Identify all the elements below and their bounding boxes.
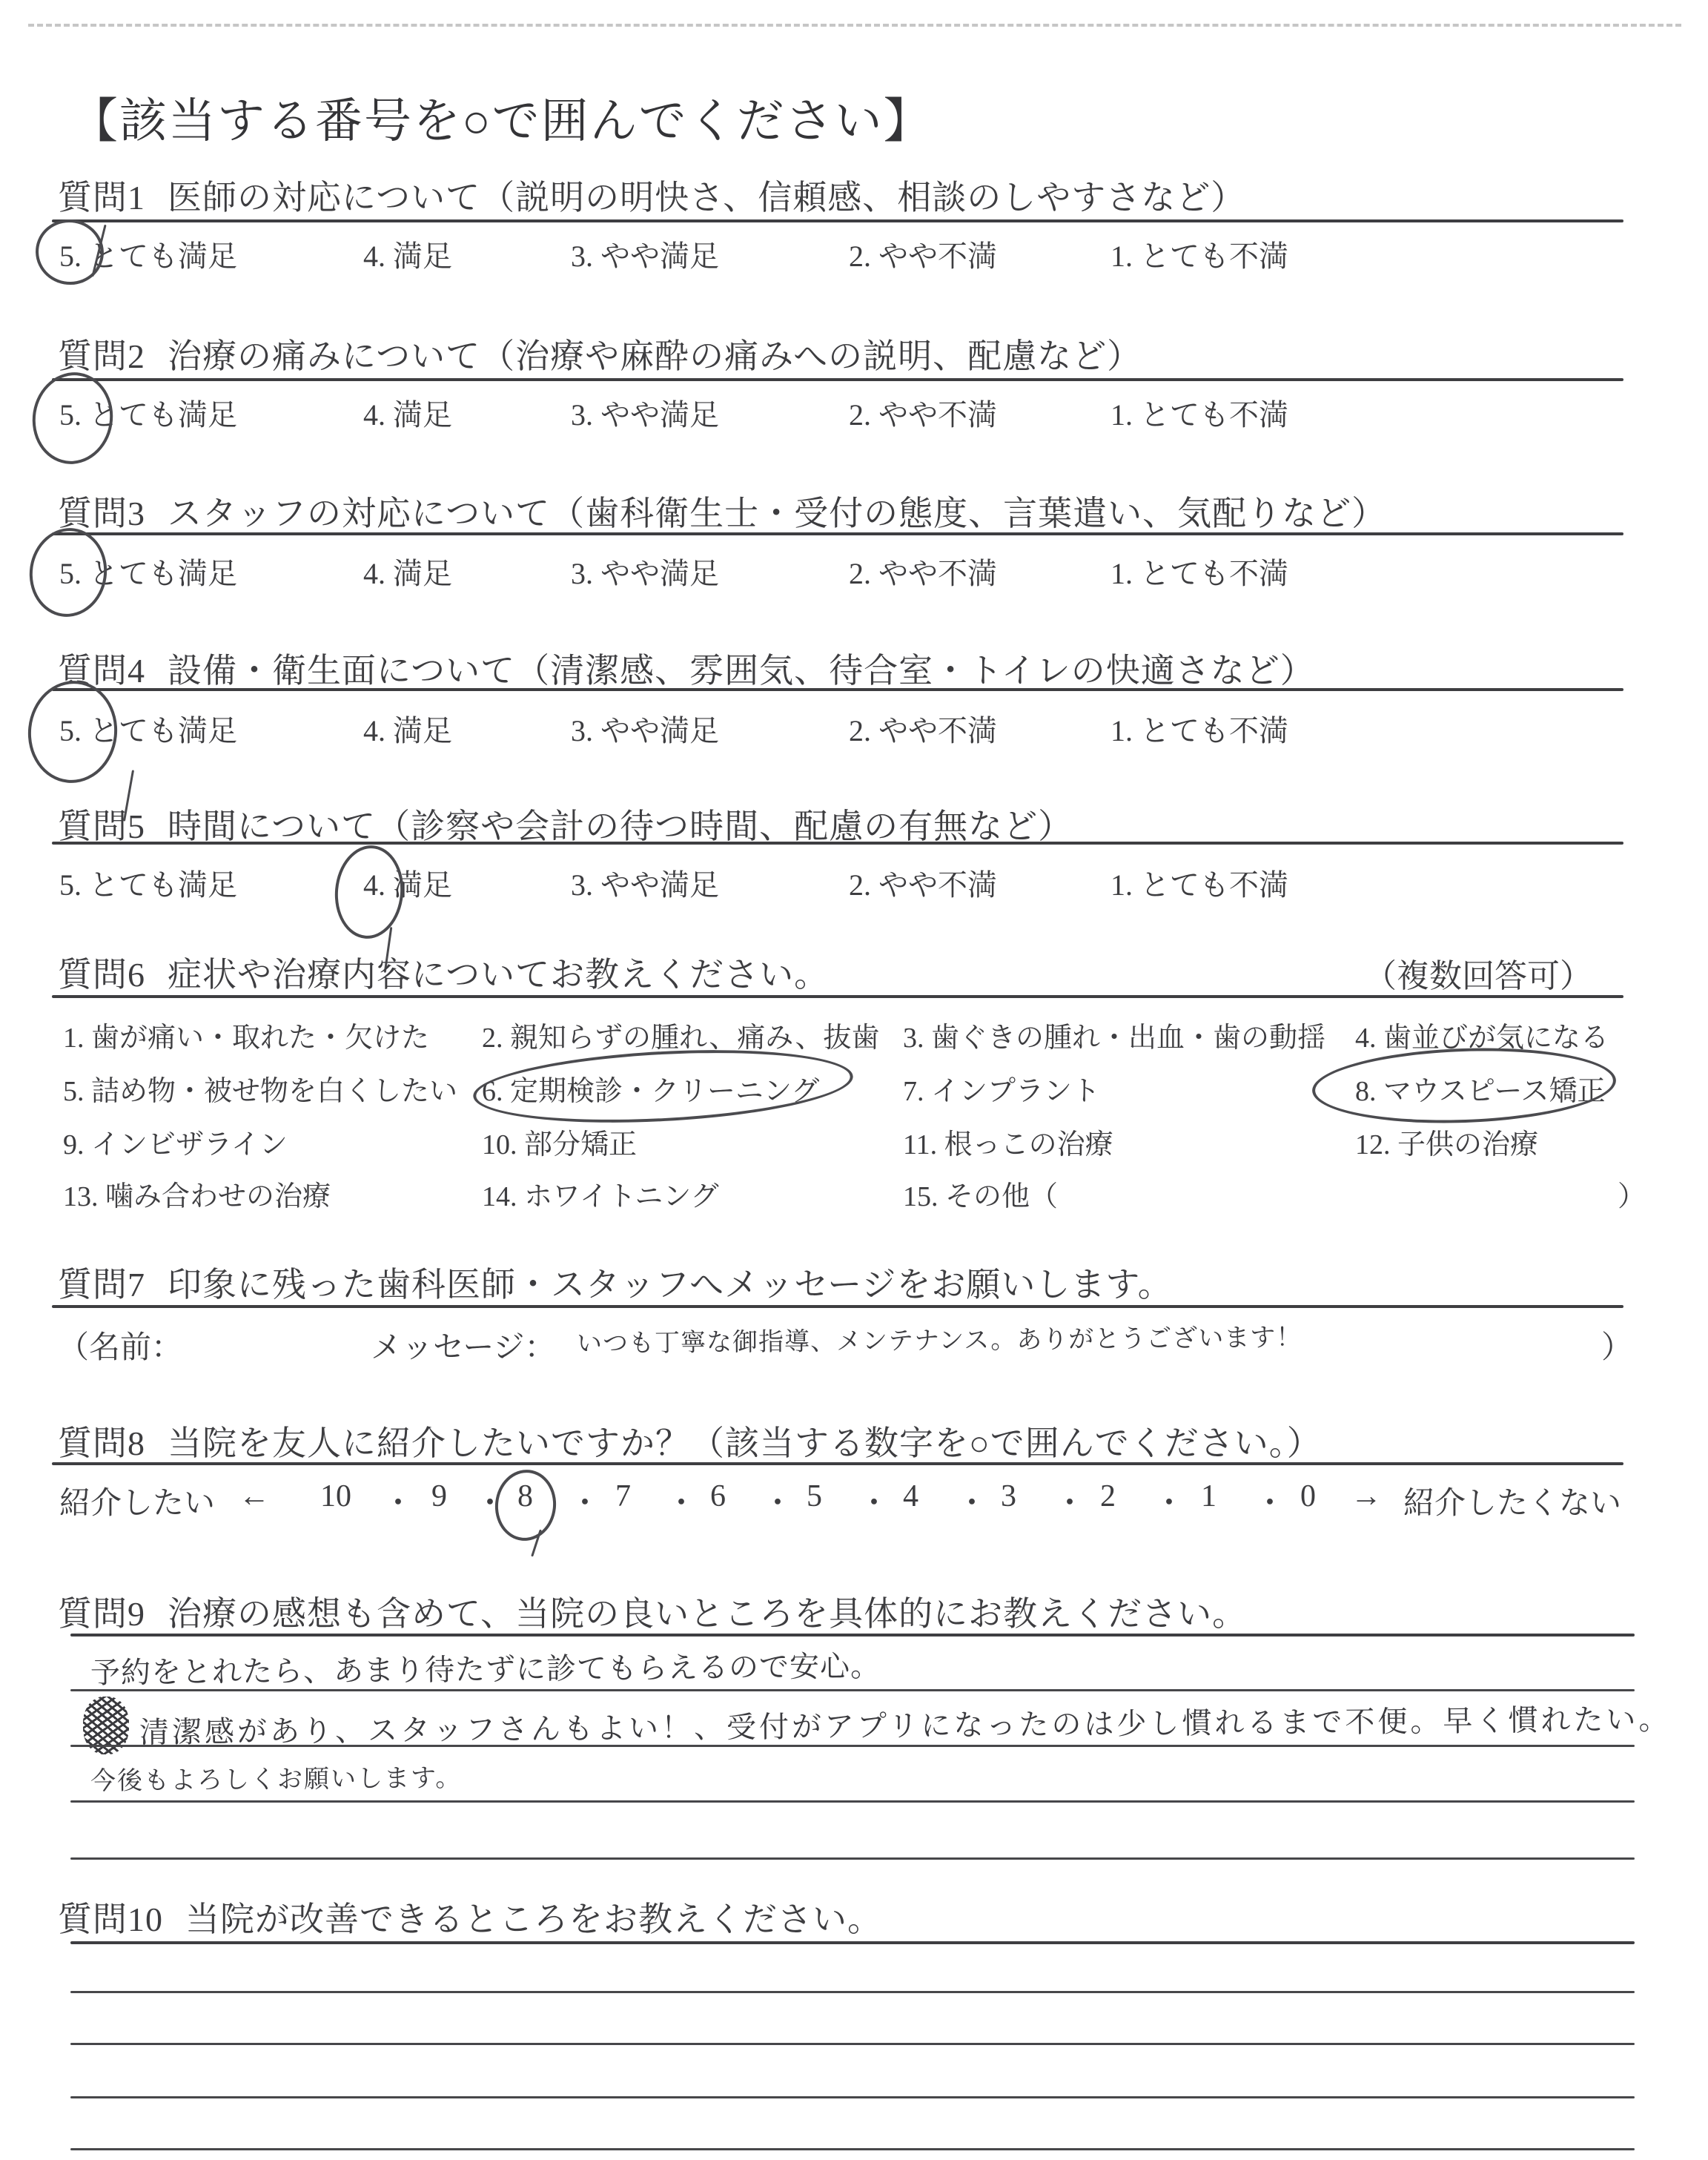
question-6-rule (52, 995, 1623, 998)
q8-left-arrow: ← (239, 1479, 270, 1514)
q6-item-9: 9. インビザライン (63, 1121, 288, 1162)
question-7-heading: 質問7 印象に残った歯科医師・スタッフへメッセージをお願いします。 (58, 1258, 1173, 1307)
q3-handdrawn-circle-on-5 (24, 523, 113, 621)
q8-number-1: 1 (1201, 1479, 1217, 1514)
q3-option-3: 3. やや満足 (571, 550, 719, 592)
q4-option-3: 3. やや満足 (571, 707, 719, 750)
q8-dot-icon: ・ (569, 1479, 600, 1523)
q8-dot-icon: ・ (858, 1479, 890, 1523)
question-4-rule (52, 688, 1623, 691)
q6-item-15-close-paren: ） (1618, 1173, 1646, 1214)
q8-dot-icon: ・ (666, 1479, 697, 1523)
q2-option-4: 4. 満足 (363, 392, 452, 434)
question-9-label: 質問9 (58, 1587, 145, 1636)
q8-dot-icon: ・ (1054, 1479, 1085, 1523)
question-3-topic: スタッフの対応について（歯科衛生士・受付の態度、言葉遣い、気配りなど） (168, 486, 1386, 535)
question-1-heading: 質問1 医師の対応について（説明の明快さ、信頼感、相談のしやすさなど） (58, 171, 1245, 219)
q6-item-5: 5. 詰め物・被せ物を白くしたい (63, 1068, 457, 1109)
q8-dot-icon: ・ (383, 1479, 414, 1523)
q8-number-6: 6 (710, 1479, 726, 1514)
q2-option-1: 1. とても不満 (1110, 392, 1288, 434)
q7-close-paren: ） (1601, 1323, 1632, 1367)
q10-answer-line-4 (70, 2148, 1635, 2150)
question-2-rule (52, 378, 1623, 381)
q4-option-4: 4. 満足 (363, 707, 452, 750)
question-1-topic: 医師の対応について（説明の明快さ、信頼感、相談のしやすさなど） (168, 171, 1245, 219)
q7-message-label: メッセージ： (371, 1323, 555, 1367)
q6-handdrawn-circle-item-8 (1311, 1043, 1617, 1128)
question-10-heading: 質問10 当院が改善できるところをお教えください。 (58, 1892, 882, 1941)
q10-answer-line-1 (70, 1991, 1635, 1993)
q1-option-2: 2. やや不満 (849, 233, 997, 275)
q1-option-3: 3. やや満足 (571, 233, 719, 275)
q8-right-label: 紹介したくない (1403, 1479, 1621, 1523)
question-8-label: 質問8 (58, 1416, 145, 1465)
q8-number-2: 2 (1100, 1479, 1116, 1514)
question-9-heading: 質問9 治療の感想も含めて、当院の良いところを具体的にお教えください。 (58, 1587, 1247, 1636)
q9-handwritten-line-1: 予約をとれたら、あまり待たずに診てもらえるので安心。 (90, 1642, 881, 1691)
q3-option-4: 4. 満足 (363, 550, 452, 592)
q2-option-3: 3. やや満足 (571, 392, 719, 434)
q9-answer-line-2 (70, 1745, 1635, 1747)
q6-item-3: 3. 歯ぐきの腫れ・出血・歯の動揺 (903, 1014, 1325, 1055)
q8-dot-icon: ・ (1254, 1479, 1285, 1523)
page-title: 【該当する番号を○で囲んでください】 (70, 83, 933, 151)
q6-item-13: 13. 噛み合わせの治療 (63, 1173, 331, 1214)
q2-handdrawn-circle-on-5 (26, 366, 119, 469)
q9-handwritten-line-2: 清潔感があり、スタッフさんもよい！、受付がアプリになったのは少し慣れるまで不便。… (139, 1696, 1672, 1751)
q5-option-5: 5. とても満足 (59, 862, 237, 904)
question-4-heading: 質問4 設備・衛生面について（清潔感、雰囲気、待合室・トイレの快適さなど） (58, 644, 1315, 693)
question-10-label: 質問10 (58, 1892, 163, 1941)
q6-item-7: 7. インプラント (903, 1068, 1100, 1109)
q4-handdrawn-circle-on-5 (23, 676, 122, 787)
q3-option-2: 2. やや不満 (849, 550, 997, 592)
question-7-label: 質問7 (58, 1258, 145, 1307)
q9-answer-line-4 (70, 1857, 1635, 1860)
question-3-rule (52, 532, 1623, 535)
question-6-heading: 質問6 症状や治療内容についてお教えください。 (58, 948, 829, 997)
question-7-topic: 印象に残った歯科医師・スタッフへメッセージをお願いします。 (168, 1258, 1173, 1307)
question-8-rule (52, 1462, 1623, 1465)
q9-handwritten-line-3: 今後もよろしくお願いします。 (90, 1757, 463, 1797)
q7-name-label: （名前： (58, 1323, 182, 1367)
q10-answer-line-2 (70, 2043, 1635, 2045)
survey-scan-page: 【該当する番号を○で囲んでください】 質問1 医師の対応について（説明の明快さ、… (0, 0, 1708, 2160)
question-10-rule (70, 1941, 1635, 1944)
question-1-label: 質問1 (58, 171, 145, 219)
question-3-heading: 質問3 スタッフの対応について（歯科衛生士・受付の態度、言葉遣い、気配りなど） (58, 486, 1386, 535)
q6-item-14: 14. ホワイトニング (482, 1173, 719, 1214)
question-2-label: 質問2 (58, 329, 145, 378)
q8-number-9: 9 (431, 1479, 447, 1514)
q6-item-15: 15. その他（ (903, 1173, 1058, 1214)
question-8-heading: 質問8 当院を友人に紹介したいですか？（該当する数字を○で囲んでください。） (58, 1416, 1322, 1465)
q5-handdrawn-circle-on-4 (331, 842, 408, 942)
q5-option-1: 1. とても不満 (1110, 862, 1288, 904)
q5-option-2: 2. やや不満 (849, 862, 997, 904)
q8-left-label: 紹介したい (59, 1479, 215, 1523)
q10-answer-line-3 (70, 2096, 1635, 2098)
q8-number-5: 5 (807, 1479, 822, 1514)
scan-artifact-dashes (28, 24, 1681, 27)
q9-answer-line-3 (70, 1800, 1635, 1803)
question-9-rule (70, 1634, 1635, 1636)
q8-number-0: 0 (1300, 1479, 1316, 1514)
question-6-multi-answer-note: （複数回答可） (1364, 949, 1592, 997)
question-7-rule (52, 1305, 1623, 1308)
q5-option-3: 3. やや満足 (571, 862, 719, 904)
q6-item-2: 2. 親知らずの腫れ、痛み、抜歯 (482, 1014, 880, 1055)
q8-dot-icon: ・ (762, 1479, 793, 1523)
question-10-topic: 当院が改善できるところをお教えください。 (185, 1892, 882, 1941)
q8-dot-icon: ・ (956, 1479, 987, 1523)
q8-number-3: 3 (1001, 1479, 1016, 1514)
q8-number-10: 10 (320, 1479, 351, 1514)
q8-number-4: 4 (903, 1479, 918, 1514)
q1-option-4: 4. 満足 (363, 233, 452, 275)
question-6-label: 質問6 (58, 948, 145, 997)
q8-right-arrow: → (1351, 1479, 1382, 1514)
q4-option-2: 2. やや不満 (849, 707, 997, 750)
question-6-topic: 症状や治療内容についてお教えください。 (168, 948, 829, 997)
q9-answer-line-1 (70, 1689, 1635, 1691)
q1-option-1: 1. とても不満 (1110, 233, 1288, 275)
q6-item-12: 12. 子供の治療 (1355, 1121, 1538, 1162)
q6-item-1: 1. 歯が痛い・取れた・欠けた (63, 1014, 429, 1055)
q4-option-1: 1. とても不満 (1110, 707, 1288, 750)
question-2-heading: 質問2 治療の痛みについて（治療や麻酔の痛みへの説明、配慮など） (58, 329, 1142, 378)
question-8-topic: 当院を友人に紹介したいですか？（該当する数字を○で囲んでください。） (168, 1416, 1322, 1465)
q8-number-7: 7 (615, 1479, 631, 1514)
q6-item-10: 10. 部分矯正 (482, 1121, 637, 1162)
question-4-topic: 設備・衛生面について（清潔感、雰囲気、待合室・トイレの快適さなど） (168, 644, 1315, 693)
q6-item-11: 11. 根っこの治療 (903, 1121, 1113, 1162)
q3-option-1: 1. とても不満 (1110, 550, 1288, 592)
q8-dot-icon: ・ (1153, 1479, 1185, 1523)
question-5-rule (52, 842, 1623, 845)
q2-option-2: 2. やや不満 (849, 392, 997, 434)
question-1-rule (52, 219, 1623, 222)
question-2-topic: 治療の痛みについて（治療や麻酔の痛みへの説明、配慮など） (168, 329, 1142, 378)
question-9-topic: 治療の感想も含めて、当院の良いところを具体的にお教えください。 (168, 1587, 1247, 1636)
q7-handwritten-message: いつも丁寧な御指導、メンテナンス。ありがとうございます！ (577, 1317, 1302, 1360)
